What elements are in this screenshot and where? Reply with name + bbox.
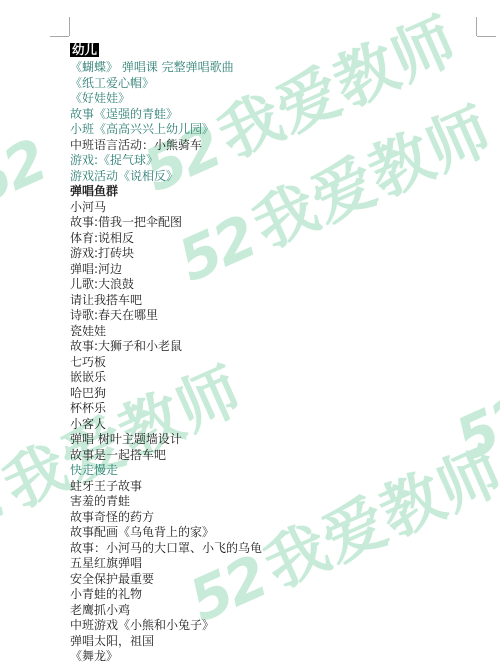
list-item: 小客人	[70, 417, 490, 433]
list-item: 弹唱鱼群	[70, 184, 490, 200]
list-item: 故事配画《乌龟背上的家》	[70, 525, 490, 541]
list-item: 故事是一起搭车吧	[70, 448, 490, 464]
document-content: 幼儿 《蝴蝶》 弹唱课 完整弹唱歌曲《纸工爱心帽》《好娃娃》故事《逞强的青蛙》小…	[70, 39, 490, 665]
list-item: 七巧板	[70, 355, 490, 371]
list-item: 嵌嵌乐	[70, 370, 490, 386]
list-item: 游戏:《捉气球》	[70, 153, 490, 169]
list-item: 中班游戏《小熊和小兔子》	[70, 618, 490, 634]
list-item: 故事《逞强的青蛙》	[70, 107, 490, 123]
list-item: 游戏活动《说相反》	[70, 169, 490, 185]
list-item: 蛀牙王子故事	[70, 479, 490, 495]
list-item: 《舞龙》	[70, 649, 490, 665]
document-page: 52我爱教师 52我爱教师 52我爱教师 52我爱教师 52 52 幼儿 《蝴蝶…	[0, 0, 500, 668]
list-item: 故事：小河马的大口罩、小飞的乌龟	[70, 541, 490, 557]
list-item: 《好娃娃》	[70, 91, 490, 107]
watermark-band-fragment: 52	[0, 125, 60, 215]
watermark-52-logo: 52	[0, 463, 15, 556]
list-item: 老鹰抓小鸡	[70, 603, 490, 619]
list-item: 游戏:打砖块	[70, 246, 490, 262]
margin-crop-mark-top-left	[69, 17, 70, 36]
list-item: 弹唱 树叶主题墙设计	[70, 432, 490, 448]
list-item: 杯杯乐	[70, 401, 490, 417]
list-item: 请让我搭车吧	[70, 293, 490, 309]
list-item: 安全保护最重要	[70, 572, 490, 588]
list-item: 小青蛙的礼物	[70, 587, 490, 603]
list-item: 弹唱:河边	[70, 262, 490, 278]
list-item: 快走慢走	[70, 463, 490, 479]
list-item: 五星红旗弹唱	[70, 556, 490, 572]
list-item: 故事:大狮子和小老鼠	[70, 339, 490, 355]
list-item: 《纸工爱心帽》	[70, 76, 490, 92]
activity-list: 《蝴蝶》 弹唱课 完整弹唱歌曲《纸工爱心帽》《好娃娃》故事《逞强的青蛙》小班《高…	[70, 60, 490, 665]
watermark-52-logo: 52	[0, 126, 55, 219]
margin-crop-mark-top-right	[477, 36, 496, 37]
list-item: 瓷娃娃	[70, 324, 490, 340]
list-item: 哈巴狗	[70, 386, 490, 402]
list-item: 中班语言活动：小熊骑车	[70, 138, 490, 154]
margin-crop-mark-top-right	[476, 17, 477, 36]
list-item: 儿歌:大浪鼓	[70, 277, 490, 293]
page-title: 幼儿	[70, 43, 99, 57]
list-item: 诗歌:春天在哪里	[70, 308, 490, 324]
list-item: 故事奇怪的药方	[70, 510, 490, 526]
list-item: 害羞的青蛙	[70, 494, 490, 510]
list-item: 故事:借我一把伞配图	[70, 215, 490, 231]
list-item: 《蝴蝶》 弹唱课 完整弹唱歌曲	[70, 60, 490, 76]
list-item: 小河马	[70, 200, 490, 216]
list-item: 弹唱太阳，祖国	[70, 634, 490, 650]
margin-crop-mark-top-left	[50, 36, 69, 37]
list-item: 小班《高高兴兴上幼儿园》	[70, 122, 490, 138]
list-item: 体育:说相反	[70, 231, 490, 247]
